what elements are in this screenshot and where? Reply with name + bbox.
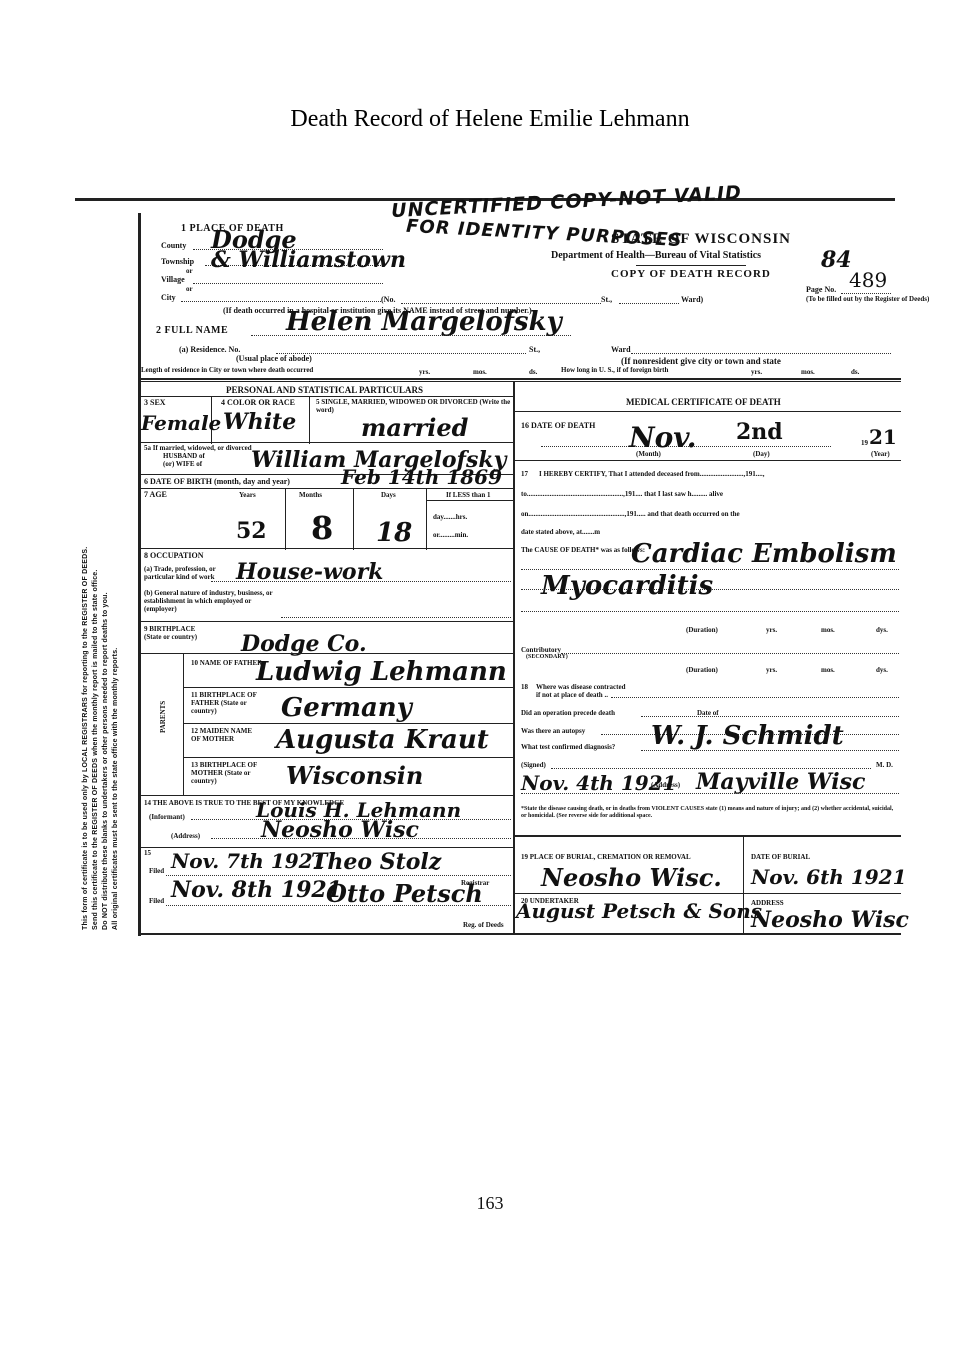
mos-label: mos. bbox=[821, 666, 835, 674]
industry-line bbox=[281, 617, 511, 618]
divider bbox=[285, 488, 286, 550]
month-label: (Month) bbox=[636, 450, 661, 458]
column-divider bbox=[513, 381, 515, 933]
village-line bbox=[193, 283, 383, 284]
dob-label: 6 DATE OF BIRTH (month, day and year) bbox=[144, 477, 290, 486]
mos-label: mos. bbox=[473, 368, 487, 376]
ward-label: Ward) bbox=[681, 295, 703, 304]
residence-line bbox=[276, 353, 526, 354]
or-label: or bbox=[186, 285, 193, 293]
duration-label: (Duration) bbox=[686, 666, 718, 674]
page-no-label: Page No. bbox=[806, 285, 836, 294]
divider bbox=[141, 442, 513, 443]
divider bbox=[426, 500, 513, 501]
burial-place-value: Neosho Wisc. bbox=[541, 863, 722, 892]
residence-note: (Usual place of abode) bbox=[236, 354, 312, 363]
section-divider bbox=[141, 381, 901, 382]
burial-date-label: DATE OF BURIAL bbox=[751, 853, 810, 861]
cause-of-death-value-1: Cardiac Embolism bbox=[631, 539, 897, 569]
industry-label: (b) General nature of industry, business… bbox=[144, 589, 284, 613]
township-label: Township bbox=[161, 257, 194, 266]
township-value: & Williamstown bbox=[211, 247, 406, 273]
divider bbox=[141, 847, 513, 848]
marital-label: 5 SINGLE, MARRIED, WIDOWED OR DIVORCED (… bbox=[316, 398, 511, 414]
personal-section-title: PERSONAL AND STATISTICAL PARTICULARS bbox=[226, 385, 423, 395]
mother-birthplace-label: 13 BIRTHPLACE OF MOTHER (State or countr… bbox=[191, 761, 261, 785]
yrs-label: yrs. bbox=[419, 368, 430, 376]
filed-label: Filed bbox=[149, 867, 164, 875]
sex-value: Female bbox=[141, 411, 221, 435]
residence-label: (a) Residence. No. bbox=[179, 345, 240, 354]
physician-address-value: Mayville Wisc bbox=[696, 769, 865, 795]
trade-value: House-work bbox=[236, 559, 383, 585]
divider bbox=[515, 835, 901, 837]
trade-label: (a) Trade, profession, or particular kin… bbox=[144, 565, 229, 581]
informant-address-label: (Address) bbox=[171, 832, 200, 840]
side-note-line-2: Send this certificate to the REGISTER OF… bbox=[92, 569, 99, 930]
contracted-label-2: if not at place of death .. bbox=[536, 691, 608, 699]
residence-ward-line bbox=[631, 353, 891, 354]
age-days-label: Days bbox=[381, 491, 396, 499]
reg-of-deeds-label: Reg. of Deeds bbox=[463, 921, 504, 929]
page-no-line bbox=[841, 293, 891, 294]
burial-place-label: 19 PLACE OF BURIAL, CREMATION OR REMOVAL bbox=[521, 853, 691, 861]
divider bbox=[636, 265, 746, 266]
divider bbox=[183, 757, 513, 758]
divider bbox=[141, 653, 513, 654]
length-of-residence-label: Length of residence in City or town wher… bbox=[141, 366, 313, 374]
full-name-value: Helen Margelofsky bbox=[286, 307, 562, 337]
st-line bbox=[619, 303, 679, 304]
mother-birthplace-value: Wisconsin bbox=[286, 761, 423, 790]
ds-label: ds. bbox=[529, 368, 537, 376]
state-title: STATE OF WISCONSIN bbox=[611, 231, 791, 248]
side-note-line-4: All original certificates must be sent t… bbox=[112, 648, 119, 930]
page-title: Death Record of Helene Emilie Lehmann bbox=[0, 106, 980, 133]
contracted-number: 18 bbox=[521, 683, 528, 691]
page-number: 163 bbox=[0, 1193, 980, 1214]
divider bbox=[141, 488, 513, 489]
age-label: 7 AGE bbox=[144, 490, 167, 499]
dys-label: dys. bbox=[876, 626, 888, 634]
cause-line bbox=[521, 569, 899, 570]
cause-of-death-value-2: Myocarditis bbox=[541, 571, 713, 601]
filed-line bbox=[166, 875, 511, 876]
mother-name-label: 12 MAIDEN NAME OF MOTHER bbox=[191, 727, 261, 743]
parents-label: PARENTS bbox=[159, 701, 167, 733]
nonresident-note: (If nonresident give city or town and st… bbox=[621, 356, 781, 366]
bottom-border bbox=[141, 933, 901, 935]
marital-value: married bbox=[361, 413, 468, 442]
age-years-value: 52 bbox=[236, 518, 267, 544]
county-label: County bbox=[161, 241, 186, 250]
yrs-label: yrs. bbox=[766, 666, 777, 674]
cause-of-death-label: The CAUSE OF DEATH* was as follows: bbox=[521, 546, 645, 554]
divider bbox=[309, 396, 310, 444]
contributory-line bbox=[561, 653, 899, 654]
informant-address-value: Neosho Wisc bbox=[261, 817, 419, 843]
mos-label: mos. bbox=[801, 368, 815, 376]
father-name-label: 10 NAME OF FATHER bbox=[191, 659, 262, 667]
divider bbox=[141, 621, 513, 622]
physician-signature: W. J. Schmidt bbox=[651, 721, 844, 751]
cause-line bbox=[521, 611, 899, 612]
village-label: Village bbox=[161, 275, 185, 284]
residence-st-label: St., bbox=[529, 345, 540, 354]
or-label: or bbox=[186, 267, 193, 275]
signed-label: (Signed) bbox=[521, 761, 546, 769]
city-label: City bbox=[161, 293, 176, 302]
physician-address-label: (Address) bbox=[651, 781, 680, 789]
undertaker-address-label: ADDRESS bbox=[751, 899, 784, 907]
certify-line-1: I HEREBY CERTIFY, That I attended deceas… bbox=[539, 470, 765, 478]
father-name-value: Ludwig Lehmann bbox=[256, 657, 507, 687]
secondary-label: (SECONDARY) bbox=[526, 654, 568, 660]
divider bbox=[426, 488, 427, 550]
undertaker-address-value: Neosho Wisc bbox=[751, 907, 909, 933]
informant-label: (Informant) bbox=[149, 813, 185, 821]
side-note-line-1: This form of certificate is to be used o… bbox=[82, 547, 89, 930]
divider bbox=[515, 893, 901, 894]
undertaker-value: August Petsch & Sons bbox=[516, 899, 762, 923]
side-note-line-3: Do NOT distribute these blanks to undert… bbox=[102, 592, 109, 930]
divider bbox=[515, 460, 901, 461]
divider bbox=[515, 411, 901, 412]
age-months-label: Months bbox=[299, 491, 322, 499]
section-divider bbox=[141, 378, 901, 380]
divider bbox=[141, 396, 513, 397]
certify-line-2: to......................................… bbox=[521, 490, 723, 498]
us-residence-label: How long in U. S., if of foreign birth bbox=[561, 366, 668, 374]
filed-signer-2: Otto Petsch bbox=[326, 879, 483, 908]
filed-date-2: Nov. 8th 1921 bbox=[171, 877, 342, 903]
contributory-label: Contributory bbox=[521, 646, 561, 654]
street-line bbox=[401, 303, 601, 304]
father-birthplace-value: Germany bbox=[281, 693, 412, 723]
burial-date-value: Nov. 6th 1921 bbox=[751, 865, 906, 889]
minutes-label: or.........min. bbox=[433, 531, 468, 539]
day-label: (Day) bbox=[753, 450, 770, 458]
full-name-label: 2 FULL NAME bbox=[156, 325, 228, 336]
filed-number: 15 bbox=[144, 849, 151, 857]
confirmed-label: What test confirmed diagnosis? bbox=[521, 743, 615, 751]
register-number: 84 bbox=[821, 247, 852, 273]
page-no-note: (To be filled out by the Register of Dee… bbox=[806, 295, 929, 303]
hours-label: day.......hrs. bbox=[433, 513, 467, 521]
color-value: White bbox=[223, 409, 296, 435]
age-days-value: 18 bbox=[376, 518, 412, 548]
date-of-label: Date of bbox=[697, 709, 719, 717]
certify-line-3: on......................................… bbox=[521, 510, 740, 518]
year-label: (Year) bbox=[871, 450, 890, 458]
st-label: St., bbox=[601, 295, 612, 304]
age-less-label: If LESS than 1 bbox=[446, 491, 491, 499]
uncertified-stamp: UNCERTIFIED COPY-NOT VALID bbox=[391, 182, 743, 222]
operation-label: Did an operation precede death bbox=[521, 709, 615, 717]
wife-label: (or) WIFE of bbox=[163, 460, 202, 468]
medical-section-title: MEDICAL CERTIFICATE OF DEATH bbox=[626, 397, 781, 407]
mother-name-value: Augusta Kraut bbox=[276, 725, 489, 755]
occupation-label: 8 OCCUPATION bbox=[144, 551, 203, 560]
divider bbox=[183, 653, 184, 795]
city-line bbox=[181, 301, 381, 302]
filed-label: Filed bbox=[149, 897, 164, 905]
date-of-death-label: 16 DATE OF DEATH bbox=[521, 421, 595, 430]
filed-signer-1: Theo Stolz bbox=[311, 849, 441, 875]
divider bbox=[353, 488, 354, 550]
department-title: Department of Health—Bureau of Vital Sta… bbox=[551, 250, 761, 261]
certify-line-4: date stated above, at.......m bbox=[521, 528, 600, 536]
page-no-value: 489 bbox=[849, 268, 887, 292]
md-label: M. D. bbox=[876, 761, 893, 769]
divider bbox=[183, 687, 513, 688]
divider bbox=[183, 723, 513, 724]
side-instructions: This form of certificate is to be used o… bbox=[80, 240, 128, 930]
death-certificate-form: UNCERTIFIED COPY-NOT VALID FOR IDENTITY … bbox=[138, 213, 911, 936]
dys-label: dys. bbox=[876, 666, 888, 674]
address-line bbox=[521, 793, 899, 794]
violent-causes-footnote: *State the disease causing death, or in … bbox=[521, 806, 899, 820]
contracted-label-1: Where was disease contracted bbox=[536, 683, 626, 691]
yrs-label: yrs. bbox=[766, 626, 777, 634]
filed-date-1: Nov. 7th 1921 bbox=[171, 849, 326, 873]
yrs-label: yrs. bbox=[751, 368, 762, 376]
contracted-line bbox=[611, 697, 899, 698]
no-label: (No. bbox=[381, 295, 395, 304]
year-prefix: 19 bbox=[861, 439, 868, 447]
father-birthplace-label: 11 BIRTHPLACE OF FATHER (State or countr… bbox=[191, 691, 261, 715]
sex-label: 3 SEX bbox=[144, 398, 166, 407]
ds-label: ds. bbox=[851, 368, 859, 376]
certify-number: 17 bbox=[521, 470, 528, 478]
age-months-value: 8 bbox=[311, 509, 333, 547]
copy-title: COPY OF DEATH RECORD bbox=[611, 268, 771, 280]
husband-label: HUSBAND of bbox=[163, 452, 205, 460]
birthplace-label: 9 BIRTHPLACE (State or country) bbox=[144, 625, 214, 641]
mos-label: mos. bbox=[821, 626, 835, 634]
color-label: 4 COLOR OR RACE bbox=[221, 398, 295, 407]
divider bbox=[141, 548, 513, 549]
age-years-label: Years bbox=[239, 491, 256, 499]
spouse-label: 5a If married, widowed, or divorced bbox=[144, 444, 252, 452]
autopsy-label: Was there an autopsy bbox=[521, 727, 585, 735]
dod-year: 21 bbox=[869, 425, 897, 449]
operation-line bbox=[641, 716, 899, 717]
dod-day: 2nd bbox=[736, 419, 783, 445]
residence-ward-label: Ward bbox=[611, 345, 631, 354]
duration-label: (Duration) bbox=[686, 626, 718, 634]
dob-value: Feb 14th 1869 bbox=[341, 465, 502, 489]
divider bbox=[141, 795, 513, 796]
